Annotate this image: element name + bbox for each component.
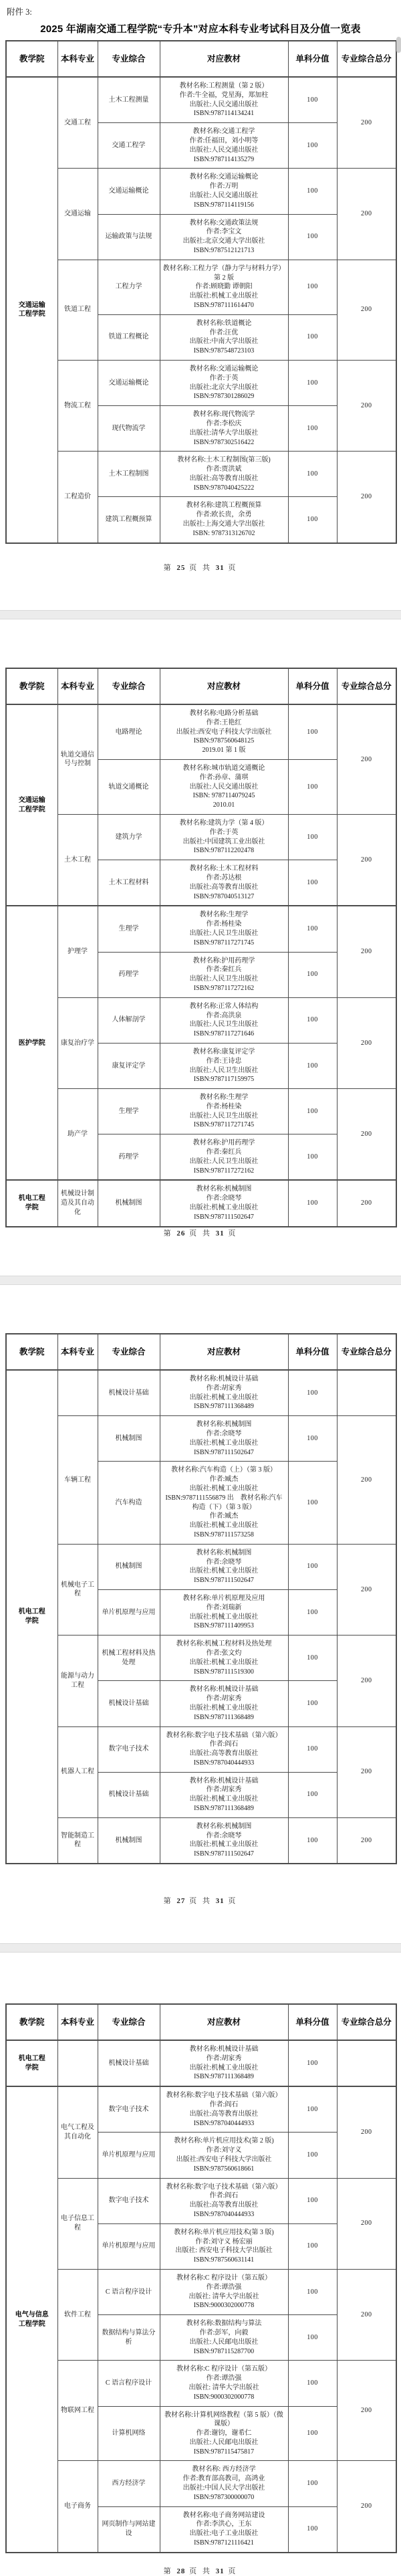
major-cell <box>57 1370 98 1416</box>
score-cell: 100 <box>288 2269 337 2314</box>
column-header: 专业综合 <box>98 2004 160 2040</box>
page-separator <box>0 610 401 619</box>
column-header: 对应教材 <box>160 668 288 704</box>
score-cell: 100 <box>288 1681 337 1726</box>
score-cell: 100 <box>288 1589 337 1635</box>
score-cell: 100 <box>288 952 337 997</box>
column-header: 教学院 <box>6 668 57 704</box>
subject-cell: 生理学 <box>98 906 160 952</box>
subject-cell: 土木工程材料 <box>98 860 160 906</box>
college-cell: 交通运输 工程学院 <box>6 704 57 906</box>
major-cell: 智能制造工程 <box>57 1817 98 1864</box>
score-cell: 100 <box>288 2086 337 2133</box>
textbook-cell: 教材名称:建筑力学（第 4 版）作者:于英出版社:中国建筑工业出版社ISBN:9… <box>160 814 288 860</box>
textbook-cell: 教材名称:土木工程制图(第三版)作者:贾洪斌出版社:高等教育出版社ISBN:97… <box>160 452 288 497</box>
score-cell: 100 <box>288 2315 337 2361</box>
column-header: 单科分值 <box>288 41 337 77</box>
subject-cell: 机械设计基础 <box>98 2040 160 2086</box>
major-cell: 物联网工程 <box>57 2361 98 2461</box>
subject-cell: 康复评定学 <box>98 1043 160 1088</box>
total-score-cell: 200 <box>337 1416 396 1545</box>
column-header: 教学院 <box>6 1334 57 1370</box>
pdf-page: 教学院本科专业专业综合对应教材单科分值专业综合总分机电工程 学院机械设计基础教材… <box>0 1953 401 2576</box>
attachment-label: 附件 3: <box>7 5 396 17</box>
textbook-cell: 教材名称:康复评定学作者:王诗忠出版社:人民卫生出版社ISBN:97871171… <box>160 1043 288 1088</box>
pdf-page: 教学院本科专业专业综合对应教材单科分值专业综合总分交通运输 工程学院轨道交通信号… <box>0 619 401 1276</box>
score-table: 教学院本科专业专业综合对应教材单科分值专业综合总分交通运输 工程学院交通工程土木… <box>5 40 397 544</box>
score-table: 教学院本科专业专业综合对应教材单科分值专业综合总分交通运输 工程学院轨道交通信号… <box>5 668 397 1227</box>
major-cell: 护理学 <box>57 906 98 997</box>
score-cell: 100 <box>288 1370 337 1416</box>
textbook-cell: 教材名称:数字电子技术基础（第六版）作者:阎石出版社:高等教育出版社ISBN:9… <box>160 1726 288 1772</box>
major-cell: 物流工程 <box>57 360 98 451</box>
textbook-cell: 教材名称:机械设计基础作者:胡家秀出版社:机械工业出版社ISBN:9787111… <box>160 1370 288 1416</box>
score-cell: 100 <box>288 214 337 260</box>
subject-cell: 机械制图 <box>98 1416 160 1462</box>
textbook-cell: 教材名称:机械制图作者:余晓琴出版社:机械工业出版社ISBN:978711150… <box>160 1817 288 1864</box>
score-cell: 100 <box>288 997 337 1043</box>
subject-cell: 数据结构与算法分析 <box>98 2315 160 2361</box>
score-cell: 100 <box>288 123 337 169</box>
column-header: 单科分值 <box>288 2004 337 2040</box>
subject-cell: 单片机原理与应用 <box>98 1589 160 1635</box>
textbook-cell: 教材名称: 西方经济学作者:教育部高教司，高鸿业出版社:中国人民大学出版社ISB… <box>160 2461 288 2506</box>
score-cell: 100 <box>288 1180 337 1226</box>
subject-cell: 运输政策与法规 <box>98 214 160 260</box>
subject-cell: 机械设计基础 <box>98 1681 160 1726</box>
college-cell: 医护学院 <box>6 906 57 1180</box>
major-cell: 机器人工程 <box>57 1726 98 1817</box>
score-cell: 100 <box>288 759 337 814</box>
textbook-cell: 教材名称:机械工程材料及热处理作者:张文灼出版社:机械工业出版社ISBN:978… <box>160 1636 288 1681</box>
score-cell: 100 <box>288 360 337 405</box>
subject-cell: C 语言程序设计 <box>98 2269 160 2314</box>
subject-cell: 建筑力学 <box>98 814 160 860</box>
pdf-page: 教学院本科专业专业综合对应教材单科分值专业综合总分机电工程 学院机械设计基础教材… <box>0 1285 401 1943</box>
textbook-cell: 教材名称:电子商务网站建设作者:李洪心，王东出版社:电子工业出版社ISBN:97… <box>160 2506 288 2553</box>
score-cell: 100 <box>288 906 337 952</box>
subject-cell: 机械工程材料及热处理 <box>98 1636 160 1681</box>
textbook-cell: 教材名称:交通政策法规作者:李宝文出版社:北京交通大学出版社ISBN:97875… <box>160 214 288 260</box>
column-header: 对应教材 <box>160 41 288 77</box>
subject-cell: 数字电子技术 <box>98 1726 160 1772</box>
score-cell: 100 <box>288 704 337 759</box>
column-header: 对应教材 <box>160 2004 288 2040</box>
textbook-cell: 教材名称:电路分析基础作者:王艳红出版社:西安电子科技大学出版社ISBN:978… <box>160 704 288 759</box>
score-table: 教学院本科专业专业综合对应教材单科分值专业综合总分机电工程 学院机械设计基础教材… <box>5 1333 397 1864</box>
subject-cell: 电路理论 <box>98 704 160 759</box>
score-cell: 100 <box>288 1636 337 1681</box>
column-header: 对应教材 <box>160 1334 288 1370</box>
score-table: 教学院本科专业专业综合对应教材单科分值专业综合总分机电工程 学院机械设计基础教材… <box>5 2003 397 2553</box>
total-score-cell: 200 <box>337 1180 396 1226</box>
subject-cell: 机械制图 <box>98 1544 160 1589</box>
textbook-cell: 教材名称:机械设计基础作者:胡家秀出版社:机械工业出版社ISBN:9787111… <box>160 1681 288 1726</box>
total-score-cell: 200 <box>337 77 396 169</box>
column-header: 专业综合 <box>98 41 160 77</box>
subject-cell: 铁道工程概论 <box>98 314 160 360</box>
subject-cell: 单片机原理与应用 <box>98 2133 160 2178</box>
subject-cell: 机械制图 <box>98 1180 160 1226</box>
textbook-cell: 教材名称:铁道概论作者:汪优出版社:中南大学出版社ISBN:9787548723… <box>160 314 288 360</box>
total-score-cell: 200 <box>337 814 396 906</box>
textbook-cell: 教材名称:交通工程学作者:任福田，刘小明等出版社:人民交通出版社ISBN:978… <box>160 123 288 169</box>
page-footer: 第 28 页 共 31 页 <box>5 2565 396 2576</box>
textbook-cell: 教材名称:机械设计基础作者:胡家秀出版社:机械工业出版社ISBN:9787111… <box>160 2040 288 2086</box>
textbook-cell: 教材名称:机械制图作者:余晓琴出版社:机械工业出版社ISBN:978711150… <box>160 1416 288 1462</box>
subject-cell: 工程力学 <box>98 260 160 314</box>
column-header: 专业综合总分 <box>337 2004 396 2040</box>
total-score-cell: 200 <box>337 1089 396 1181</box>
page-separator <box>0 1943 401 1953</box>
textbook-cell: 教材名称:交通运输概论作者:万明出版社:人民交通出版社ISBN:97871141… <box>160 169 288 214</box>
column-header: 本科专业 <box>57 2004 98 2040</box>
college-cell: 交通运输 工程学院 <box>6 77 57 543</box>
score-cell: 100 <box>288 1089 337 1134</box>
college-cell: 机电工程 学院 <box>6 1370 57 1864</box>
major-cell: 轨道交通信号与控制 <box>57 704 98 814</box>
textbook-cell: 教材名称:机械制图作者:余晓琴出版社:机械工业出版社ISBN:978711150… <box>160 1544 288 1589</box>
textbook-cell: 教材名称:工程测量（第 2 版）作者:牛全福，党星海，郑加柱出版社:人民交通出版… <box>160 77 288 123</box>
subject-cell: 数字电子技术 <box>98 2086 160 2133</box>
column-header: 本科专业 <box>57 1334 98 1370</box>
major-cell: 能源与动力工程 <box>57 1636 98 1726</box>
page-separator <box>0 1276 401 1285</box>
column-header: 单科分值 <box>288 668 337 704</box>
score-cell: 100 <box>288 1416 337 1462</box>
textbook-cell: 教材名称:计算机网络教程（第 5 版）（微课版）作者:谢钧，谢希仁出版社:人民邮… <box>160 2406 288 2461</box>
pdf-page: 附件 3: 2025 年湖南交通工程学院“专升本”对应本科专业考试科目及分值一览… <box>0 0 401 610</box>
subject-cell: 汽车构造 <box>98 1462 160 1544</box>
column-header: 专业综合总分 <box>337 41 396 77</box>
textbook-cell: 教材名称:正常人体结构作者:高洪泉出版社:人民卫生出版社ISBN:9787117… <box>160 997 288 1043</box>
textbook-cell: 教材名称:单片机应用技术(第 3 版)作者:刘守义 杨宏丽出版社: 西安电子科技… <box>160 2223 288 2269</box>
textbook-cell: 教材名称:单片机应用技术(第 2 版)作者:刘守义出版社:西安电子科技大学出版社… <box>160 2133 288 2178</box>
total-score-cell: 200 <box>337 1636 396 1726</box>
score-cell: 100 <box>288 452 337 497</box>
subject-cell: 交通工程学 <box>98 123 160 169</box>
column-header: 教学院 <box>6 41 57 77</box>
subject-cell: 西方经济学 <box>98 2461 160 2506</box>
page-footer: 第 25 页 共 31 页 <box>5 562 396 573</box>
textbook-cell: 教材名称:数字电子技术基础（第六版）作者:阎石出版社:高等教育出版社ISBN:9… <box>160 2178 288 2223</box>
column-header: 教学院 <box>6 2004 57 2040</box>
score-cell: 100 <box>288 260 337 314</box>
column-header: 本科专业 <box>57 668 98 704</box>
score-cell: 100 <box>288 77 337 123</box>
subject-cell: 生理学 <box>98 1089 160 1134</box>
textbook-cell: 教材名称:土木工程材料作者:苏达根出版社:高等教育出版社ISBN:9787040… <box>160 860 288 906</box>
total-score-cell <box>337 2040 396 2086</box>
major-cell: 车辆工程 <box>57 1416 98 1545</box>
subject-cell: 计算机网络 <box>98 2406 160 2461</box>
major-cell: 电气工程及其自动化 <box>57 2086 98 2178</box>
total-score-cell: 200 <box>337 260 396 360</box>
column-header: 专业综合 <box>98 1334 160 1370</box>
column-header: 本科专业 <box>57 41 98 77</box>
subject-cell: 交通运输概论 <box>98 169 160 214</box>
major-cell: 铁道工程 <box>57 260 98 360</box>
page-footer: 第 27 页 共 31 页 <box>5 1895 396 1906</box>
textbook-cell: 教材名称:护用药理学作者:秦红兵出版社:人民卫生出版社ISBN:97871172… <box>160 952 288 997</box>
textbook-cell: 教材名称:单片机原理及应用作者:刘瑞新出版社:机械工业出版社ISBN:97871… <box>160 1589 288 1635</box>
textbook-cell: 教材名称:建筑工程概预算作者:欧长贵，余勇出版社:上海交通大学出版社ISBN: … <box>160 497 288 543</box>
textbook-cell: 教材名称:生理学作者:杨桂染出版社:人民卫生出版社ISBN:9787117271… <box>160 906 288 952</box>
total-score-cell: 200 <box>337 1544 396 1635</box>
score-cell: 100 <box>288 1462 337 1544</box>
score-cell: 100 <box>288 2461 337 2506</box>
subject-cell: C 语言程序设计 <box>98 2361 160 2406</box>
subject-cell: 网页制作与网站建设 <box>98 2506 160 2553</box>
major-cell: 康复治疗学 <box>57 997 98 1088</box>
score-cell: 100 <box>288 2178 337 2223</box>
subject-cell: 机械设计基础 <box>98 1772 160 1817</box>
score-cell: 100 <box>288 1817 337 1864</box>
score-cell: 100 <box>288 1134 337 1181</box>
total-score-cell: 200 <box>337 906 396 997</box>
total-score-cell: 200 <box>337 2461 396 2553</box>
subject-cell: 机械制图 <box>98 1817 160 1864</box>
subject-cell: 人体解剖学 <box>98 997 160 1043</box>
subject-cell: 药理学 <box>98 952 160 997</box>
score-cell: 100 <box>288 2133 337 2178</box>
pdf-viewport: { "attachment_label": "附件 3:", "title": … <box>0 0 401 2576</box>
subject-cell: 药理学 <box>98 1134 160 1181</box>
total-score-cell: 200 <box>337 704 396 814</box>
subject-cell: 数字电子技术 <box>98 2178 160 2223</box>
subject-cell: 交通运输概论 <box>98 360 160 405</box>
major-cell <box>57 2040 98 2086</box>
subject-cell: 土木工程测量 <box>98 77 160 123</box>
score-cell: 100 <box>288 2361 337 2406</box>
major-cell: 交通工程 <box>57 77 98 169</box>
total-score-cell: 200 <box>337 2086 396 2178</box>
textbook-cell: 教材名称:现代物流学作者:李松庆出版社:清华大学出版社ISBN:97873025… <box>160 406 288 452</box>
textbook-cell: 教材名称:数据结构与算法作者:彭军，向毅出版社:人民邮电出版社ISBN:9787… <box>160 2315 288 2361</box>
total-score-cell: 200 <box>337 452 396 543</box>
column-header: 专业综合总分 <box>337 1334 396 1370</box>
major-cell: 电子信息工程 <box>57 2178 98 2269</box>
textbook-cell: 教材名称:交通运输概论作者:于英出版社:北京大学出版社ISBN:97873012… <box>160 360 288 405</box>
college-cell: 机电工程 学院 <box>6 2040 57 2086</box>
textbook-cell: 教材名称:机械设计基础作者:胡家秀出版社:机械工业出版社ISBN:9787111… <box>160 1772 288 1817</box>
total-score-cell: 200 <box>337 169 396 260</box>
score-cell: 100 <box>288 1544 337 1589</box>
total-score-cell <box>337 1370 396 1416</box>
textbook-cell: 教材名称:数字电子技术基础（第六版）作者:阎石出版社:高等教育出版社ISBN:9… <box>160 2086 288 2133</box>
total-score-cell: 200 <box>337 2361 396 2461</box>
score-cell: 100 <box>288 1772 337 1817</box>
score-cell: 100 <box>288 2406 337 2461</box>
subject-cell: 单片机原理与应用 <box>98 2223 160 2269</box>
subject-cell: 机械设计基础 <box>98 1370 160 1416</box>
page-footer: 第 26 页 共 31 页 <box>5 1227 396 1238</box>
college-cell: 电气与信息 工程学院 <box>6 2086 57 2553</box>
textbook-cell: 教材名称:城市轨道交通概论作者:孙章、蒲琪出版社:人民交通出版社ISBN: 97… <box>160 759 288 814</box>
major-cell: 工程造价 <box>57 452 98 543</box>
page-title: 2025 年湖南交通工程学院“专升本”对应本科专业考试科目及分值一览表 <box>5 21 396 35</box>
major-cell: 机械设计制造及其自动化 <box>57 1180 98 1226</box>
score-cell: 100 <box>288 2040 337 2086</box>
subject-cell: 建筑工程概预算 <box>98 497 160 543</box>
textbook-cell: 教材名称:C 程序设计（第五版）作者:谭浩强出版社: 清华大学出版社ISBN:9… <box>160 2361 288 2406</box>
total-score-cell: 200 <box>337 1817 396 1864</box>
textbook-cell: 教材名称:机械制图作者:余晓琴出版社:机械工业出版社ISBN:978711150… <box>160 1180 288 1226</box>
score-cell: 100 <box>288 406 337 452</box>
major-cell: 软件工程 <box>57 2269 98 2360</box>
textbook-cell: 教材名称:C 程序设计（第五版）作者:谭浩强出版社: 清华大学出版社ISBN:9… <box>160 2269 288 2314</box>
textbook-cell: 教材名称:汽车构造（上）（第 3 版）作者:臧杰出版社:机械工业出版社ISBN:… <box>160 1462 288 1544</box>
column-header: 单科分值 <box>288 1334 337 1370</box>
score-cell: 100 <box>288 814 337 860</box>
major-cell: 助产学 <box>57 1089 98 1181</box>
column-header: 专业综合 <box>98 668 160 704</box>
scrollbar-thumb[interactable] <box>396 37 401 53</box>
subject-cell: 现代物流学 <box>98 406 160 452</box>
total-score-cell: 200 <box>337 2178 396 2269</box>
score-cell: 100 <box>288 314 337 360</box>
major-cell: 土木工程 <box>57 814 98 906</box>
score-cell: 100 <box>288 2506 337 2553</box>
total-score-cell: 200 <box>337 2269 396 2360</box>
score-cell: 100 <box>288 497 337 543</box>
college-cell: 机电工程 学院 <box>6 1180 57 1226</box>
score-cell: 100 <box>288 860 337 906</box>
textbook-cell: 教材名称:生理学作者:杨桂染出版社:人民卫生出版社ISBN:9787117271… <box>160 1089 288 1134</box>
score-cell: 100 <box>288 1043 337 1088</box>
major-cell: 交通运输 <box>57 169 98 260</box>
total-score-cell: 200 <box>337 997 396 1088</box>
subject-cell: 土木工程制图 <box>98 452 160 497</box>
textbook-cell: 教材名称:工程力学（静力学与材料力学） 第 2 版作者:顾晓勤 谭朝阳出版社:机… <box>160 260 288 314</box>
textbook-cell: 教材名称:护用药理学作者:秦红兵出版社:人民卫生出版社ISBN:97871172… <box>160 1134 288 1181</box>
score-cell: 100 <box>288 2223 337 2269</box>
score-cell: 100 <box>288 1726 337 1772</box>
subject-cell: 轨道交通概论 <box>98 759 160 814</box>
total-score-cell: 200 <box>337 360 396 451</box>
major-cell: 电子商务 <box>57 2461 98 2553</box>
major-cell: 机械电子工程 <box>57 1544 98 1635</box>
column-header: 专业综合总分 <box>337 668 396 704</box>
total-score-cell: 200 <box>337 1726 396 1817</box>
score-cell: 100 <box>288 169 337 214</box>
